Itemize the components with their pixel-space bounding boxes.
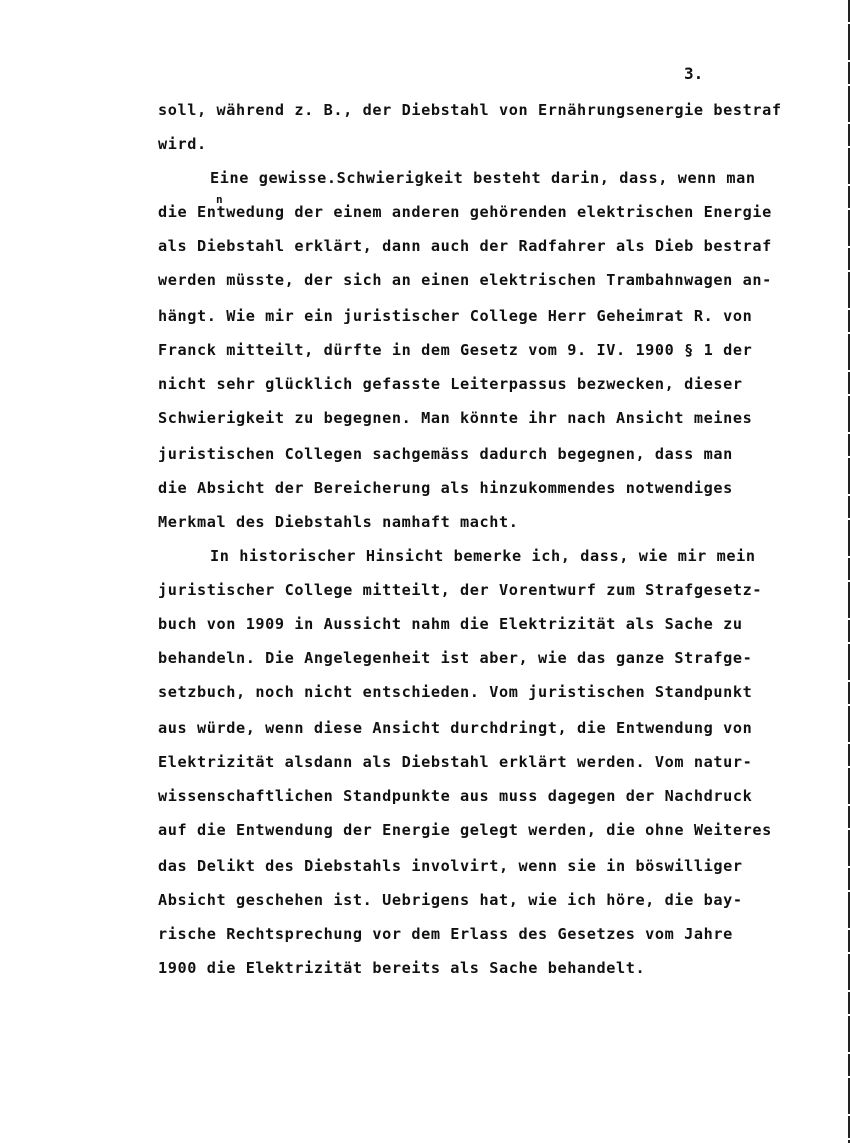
text-line: nicht sehr glücklich gefasste Leiterpass… bbox=[158, 374, 743, 394]
text-line: juristischer College mitteilt, der Voren… bbox=[158, 580, 762, 600]
text-line: wissenschaftlichen Standpunkte aus muss … bbox=[158, 786, 752, 806]
text-line: wird. bbox=[158, 134, 207, 154]
text-line: auf die Entwendung der Energie gelegt we… bbox=[158, 820, 772, 840]
text-line: soll, während z. B., der Diebstahl von E… bbox=[158, 100, 782, 120]
text-line: werden müsste, der sich an einen elektri… bbox=[158, 270, 772, 290]
text-line: als Diebstahl erklärt, dann auch der Rad… bbox=[158, 236, 772, 256]
text-line: Franck mitteilt, dürfte in dem Gesetz vo… bbox=[158, 340, 752, 360]
text-line: Absicht geschehen ist. Uebrigens hat, wi… bbox=[158, 890, 743, 910]
paragraph-start: Eine gewisse.Schwierigkeit besteht darin… bbox=[210, 168, 756, 188]
text-line: Schwierigkeit zu begegnen. Man könnte ih… bbox=[158, 408, 752, 428]
text-line: hängt. Wie mir ein juristischer College … bbox=[158, 306, 752, 326]
text-line: buch von 1909 in Aussicht nahm die Elekt… bbox=[158, 614, 743, 634]
text-line: das Delikt des Diebstahls involvirt, wen… bbox=[158, 856, 743, 876]
text-line: rische Rechtsprechung vor dem Erlass des… bbox=[158, 924, 733, 944]
text-line: aus würde, wenn diese Ansicht durchdring… bbox=[158, 718, 752, 738]
text-line: Elektrizität alsdann als Diebstahl erklä… bbox=[158, 752, 752, 772]
text-line: Merkmal des Diebstahls namhaft macht. bbox=[158, 512, 519, 532]
page-number: 3. bbox=[684, 64, 703, 83]
document-page: 3. n soll, während z. B., der Diebstahl … bbox=[0, 0, 850, 1143]
text-line: 1900 die Elektrizität bereits als Sache … bbox=[158, 958, 645, 978]
text-line: die Absicht der Bereicherung als hinzuko… bbox=[158, 478, 733, 498]
text-line: die Entwedung der einem anderen gehörend… bbox=[158, 202, 772, 222]
text-line: juristischen Collegen sachgemäss dadurch… bbox=[158, 444, 733, 464]
text-line: setzbuch, noch nicht entschieden. Vom ju… bbox=[158, 682, 752, 702]
text-line: behandeln. Die Angelegenheit ist aber, w… bbox=[158, 648, 752, 668]
paragraph-start: In historischer Hinsicht bemerke ich, da… bbox=[210, 546, 756, 566]
